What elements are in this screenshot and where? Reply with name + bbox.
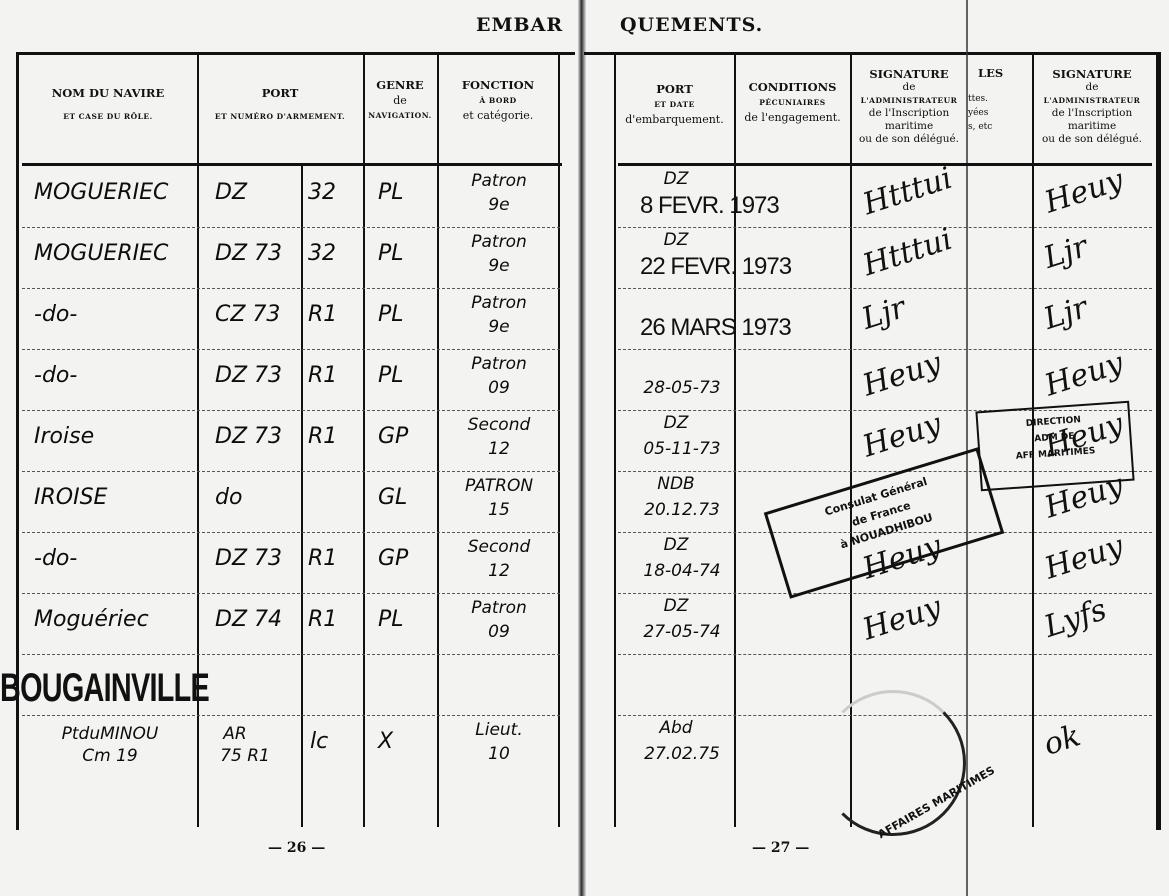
header-partial-column: LES ttes. yées s, etc: [968, 66, 1030, 134]
header-signature-1: SIGNATURE de L'ADMINISTRATEUR de l'Inscr…: [852, 68, 966, 146]
function-title: Patron: [445, 233, 553, 252]
row-divider: [22, 654, 560, 655]
vessel-stamp-bougainville: BOUGAINVILLE: [0, 666, 209, 711]
function-category: 10: [445, 745, 553, 764]
port-armement: DZ 73: [215, 546, 282, 571]
embark-port: DZ: [622, 536, 730, 555]
row-divider: [618, 349, 1152, 350]
function-category: 9e: [445, 196, 553, 215]
function-title: Patron: [445, 294, 553, 313]
embark-date: 22 FEVR. 1973: [640, 253, 791, 281]
row-divider: [22, 471, 560, 472]
column-divider: [363, 55, 365, 827]
port-armement: DZ 73: [215, 241, 282, 266]
header-conditions: CONDITIONS PÉCUNIAIRES de l'engagement.: [736, 80, 849, 125]
port-armement: DZ 73: [215, 363, 282, 388]
armement-number: R1: [308, 302, 337, 327]
function-title: Patron: [445, 172, 553, 191]
embark-date: 18-04-74: [622, 562, 742, 581]
navigation-genre: GP: [378, 424, 408, 449]
embark-date: 8 FEVR. 1973: [640, 192, 779, 220]
embark-port: NDB: [622, 475, 730, 494]
navigation-genre: GP: [378, 546, 408, 571]
embark-port: Abd: [622, 719, 730, 738]
title-left: EMBAR: [476, 14, 563, 36]
page-fold: [966, 0, 968, 896]
function-category: 09: [445, 623, 553, 642]
column-divider: [614, 55, 616, 827]
maritime-admin-stamp: DIRECTION ADM DE AFF MARITIMES: [975, 401, 1134, 492]
function-category: 09: [445, 379, 553, 398]
armement-number: 75 R1: [205, 747, 285, 766]
column-divider: [301, 164, 303, 827]
vessel-name: -do-: [34, 302, 77, 327]
armement-number: R1: [308, 363, 337, 388]
port-armement: CZ 73: [215, 302, 280, 327]
embark-port: DZ: [622, 170, 730, 189]
column-divider: [437, 55, 439, 827]
embark-date: 27-05-74: [622, 623, 742, 642]
armement-number: lc: [310, 729, 328, 754]
vessel-name: MOGUERIEC: [34, 180, 168, 205]
navigation-genre: PL: [378, 607, 404, 632]
embark-date: 28-05-73: [622, 379, 742, 398]
vessel-name: PtduMINOU: [40, 725, 180, 744]
function-title: Second: [445, 416, 553, 435]
function-category: 12: [445, 440, 553, 459]
vessel-name: IROISE: [34, 485, 107, 510]
header-nom-navire: NOM DU NAVIRE ET CASE DU RÔLE.: [22, 86, 194, 124]
embark-port: DZ: [622, 597, 730, 616]
row-divider: [22, 593, 560, 594]
function-title: Patron: [445, 599, 553, 618]
function-title: PATRON: [445, 477, 553, 496]
row-divider: [22, 715, 560, 716]
row-divider: [618, 227, 1152, 228]
port-armement: do: [215, 485, 242, 510]
embark-date: 27.02.75: [622, 745, 742, 764]
vessel-name: -do-: [34, 546, 77, 571]
page-number-right: — 27 —: [752, 840, 809, 856]
vessel-name: Moguériec: [34, 607, 149, 632]
navigation-genre: PL: [378, 241, 404, 266]
row-divider: [618, 593, 1152, 594]
column-divider: [558, 55, 560, 827]
embark-date: 05-11-73: [622, 440, 742, 459]
function-category: 9e: [445, 257, 553, 276]
row-divider: [618, 288, 1152, 289]
affaires-maritimes-seal: [820, 690, 966, 836]
armement-number: R1: [308, 607, 337, 632]
armement-number: R1: [308, 546, 337, 571]
row-divider: [618, 654, 1152, 655]
navigation-genre: PL: [378, 180, 404, 205]
armement-number: 32: [308, 241, 336, 266]
armement-number: 32: [308, 180, 336, 205]
armement-number: R1: [308, 424, 337, 449]
header-port-armement: PORT ET NUMÉRO D'ARMEMENT.: [199, 86, 361, 124]
port-armement: DZ: [215, 180, 247, 205]
header-rule-right: [618, 163, 1152, 166]
embark-port: DZ: [622, 231, 730, 250]
row-divider: [22, 288, 560, 289]
port-armement: AR: [205, 725, 265, 744]
vessel-name: -do-: [34, 363, 77, 388]
function-category: 15: [445, 501, 553, 520]
navigation-genre: X: [378, 729, 393, 754]
header-port-date: PORT ET DATE d'embarquement.: [616, 82, 733, 127]
row-divider: [22, 349, 560, 350]
function-title: Patron: [445, 355, 553, 374]
function-title: Lieut.: [445, 721, 553, 740]
embark-port: DZ: [622, 414, 730, 433]
embark-date: 20.12.73: [622, 501, 742, 520]
function-category: 12: [445, 562, 553, 581]
vessel-case: Cm 19: [40, 747, 180, 766]
header-genre: GENRE de NAVIGATION.: [365, 78, 435, 123]
function-category: 9e: [445, 318, 553, 337]
port-armement: DZ 74: [215, 607, 282, 632]
header-signature-2: SIGNATURE de L'ADMINISTRATEUR de l'Inscr…: [1034, 68, 1150, 146]
embark-date: 26 MARS 1973: [640, 314, 791, 342]
navigation-genre: GL: [378, 485, 407, 510]
navigation-genre: PL: [378, 363, 404, 388]
title-right: QUEMENTS.: [620, 14, 763, 36]
header-fonction: FONCTION À BORD et catégorie.: [439, 78, 557, 123]
row-divider: [22, 532, 560, 533]
row-divider: [22, 410, 560, 411]
row-divider: [22, 227, 560, 228]
column-divider: [197, 55, 199, 827]
function-title: Second: [445, 538, 553, 557]
page-number-left: — 26 —: [268, 840, 325, 856]
header-rule-left: [22, 163, 562, 166]
vessel-name: Iroise: [34, 424, 94, 449]
vessel-name: MOGUERIEC: [34, 241, 168, 266]
navigation-genre: PL: [378, 302, 404, 327]
port-armement: DZ 73: [215, 424, 282, 449]
